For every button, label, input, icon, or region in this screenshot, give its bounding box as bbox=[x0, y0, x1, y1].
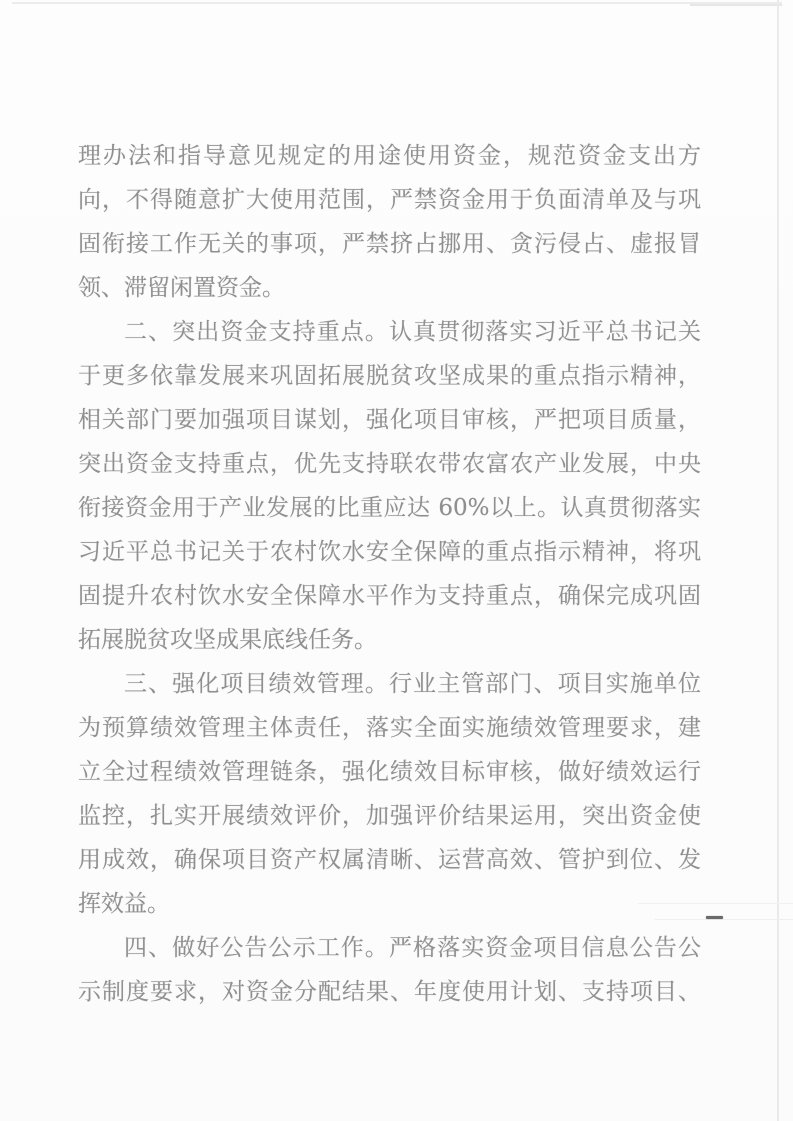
document-line: 固提升农村饮水安全保障水平作为支持重点，确保完成巩固 bbox=[78, 574, 701, 618]
document-line: 固衔接工作无关的事项，严禁挤占挪用、贪污侵占、虚报冒 bbox=[78, 222, 701, 266]
paragraph-4: 四、做好公告公示工作。严格落实资金项目信息公告公 示制度要求，对资金分配结果、年… bbox=[78, 926, 701, 1014]
document-line: 用成效，确保项目资产权属清晰、运营高效、管护到位、发 bbox=[78, 838, 701, 882]
document-line: 三、强化项目绩效管理。行业主管部门、项目实施单位 bbox=[78, 662, 701, 706]
document-line: 挥效益。 bbox=[78, 882, 701, 926]
document-line: 于更多依靠发展来巩固拓展脱贫攻坚成果的重点指示精神， bbox=[78, 354, 701, 398]
document-line: 理办法和指导意见规定的用途使用资金，规范资金支出方 bbox=[78, 134, 701, 178]
paragraph-3: 三、强化项目绩效管理。行业主管部门、项目实施单位 为预算绩效管理主体责任，落实全… bbox=[78, 662, 701, 926]
document-page: 理办法和指导意见规定的用途使用资金，规范资金支出方 向，不得随意扩大使用范围，严… bbox=[0, 0, 793, 1121]
scan-edge-top-line-segment bbox=[690, 4, 782, 6]
scan-artifact-dash bbox=[706, 916, 723, 919]
scan-edge-right-line bbox=[777, 0, 779, 1121]
paragraph-1: 理办法和指导意见规定的用途使用资金，规范资金支出方 向，不得随意扩大使用范围，严… bbox=[78, 134, 701, 310]
document-line: 衔接资金用于产业发展的比重应达 60%以上。认真贯彻落实 bbox=[78, 486, 701, 530]
document-body: 理办法和指导意见规定的用途使用资金，规范资金支出方 向，不得随意扩大使用范围，严… bbox=[78, 134, 701, 1014]
document-line: 拓展脱贫攻坚成果底线任务。 bbox=[78, 618, 701, 662]
document-line: 为预算绩效管理主体责任，落实全面实施绩效管理要求，建 bbox=[78, 706, 701, 750]
document-line: 监控，扎实开展绩效评价，加强评价结果运用，突出资金使 bbox=[78, 794, 701, 838]
document-line: 突出资金支持重点，优先支持联农带农富农产业发展，中央 bbox=[78, 442, 701, 486]
scan-edge-top-line bbox=[12, 2, 782, 4]
document-line: 示制度要求，对资金分配结果、年度使用计划、支持项目、 bbox=[78, 970, 701, 1014]
document-line: 领、滞留闲置资金。 bbox=[78, 266, 701, 310]
document-line: 相关部门要加强项目谋划，强化项目审核，严把项目质量， bbox=[78, 398, 701, 442]
paragraph-2: 二、突出资金支持重点。认真贯彻落实习近平总书记关 于更多依靠发展来巩固拓展脱贫攻… bbox=[78, 310, 701, 662]
document-line: 四、做好公告公示工作。严格落实资金项目信息公告公 bbox=[78, 926, 701, 970]
document-line: 向，不得随意扩大使用范围，严禁资金用于负面清单及与巩 bbox=[78, 178, 701, 222]
document-line: 立全过程绩效管理链条，强化绩效目标审核，做好绩效运行 bbox=[78, 750, 701, 794]
document-line: 习近平总书记关于农村饮水安全保障的重点指示精神，将巩 bbox=[78, 530, 701, 574]
document-line: 二、突出资金支持重点。认真贯彻落实习近平总书记关 bbox=[78, 310, 701, 354]
